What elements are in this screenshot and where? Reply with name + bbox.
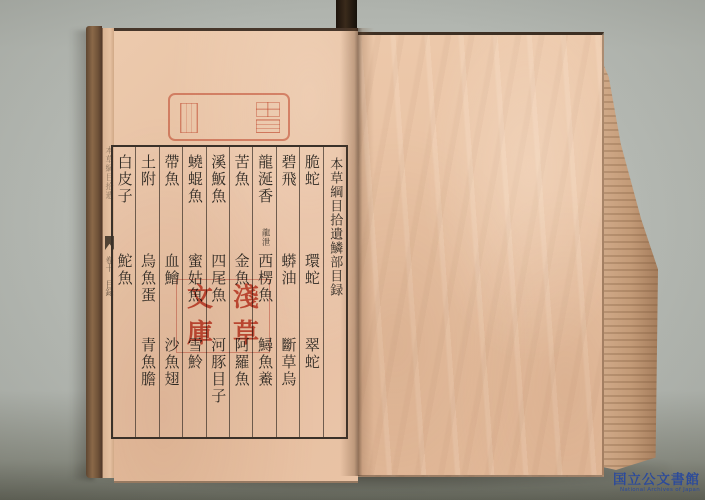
toc-column: 脆蛇 環蛇 翠蛇 — [299, 147, 322, 437]
toc-entry: 環蛇 — [304, 253, 319, 287]
right-page-blank — [358, 32, 604, 477]
watermark-japanese: 国立公文書館 — [613, 473, 700, 488]
toc-column: 白皮子 鮀魚 — [113, 147, 135, 437]
seal-char: 文 — [177, 280, 223, 316]
toc-entry: 苦魚 — [234, 154, 249, 188]
toc-entry-with-note: 龍涎香 龍泄 — [257, 154, 272, 247]
toc-entry: 蟯蜫魚 — [187, 154, 202, 205]
watermark-english: National Archives of Japan — [613, 487, 700, 494]
toc-column: 土附 烏魚蛋 青魚膽 — [135, 147, 158, 437]
toc-entry: 斷草烏 — [280, 337, 295, 388]
book-cover-edge — [86, 26, 102, 478]
toc-entry: 龍涎香 — [256, 154, 274, 205]
closed-page-stack-edge — [598, 52, 658, 470]
toc-entry: 蟒油 — [280, 253, 295, 287]
seal-char: 淺 — [223, 280, 269, 316]
asakusa-bunko-seal: 文 淺 庫 草 — [176, 279, 270, 353]
toc-entry: 碧飛 — [280, 154, 295, 188]
seal-glyph — [180, 103, 198, 133]
seal-glyph — [256, 102, 280, 117]
toc-entry-annotation: 龍泄 — [261, 228, 270, 247]
toc-entry: 溪魬魚 — [210, 154, 225, 205]
toc-entry: 烏魚蛋 — [140, 253, 155, 304]
toc-entry: 帶魚 — [163, 154, 178, 188]
seal-char: 庫 — [177, 316, 223, 352]
center-fold-shadow — [340, 28, 374, 476]
archive-seal-faint — [168, 93, 290, 141]
seal-char: 草 — [223, 316, 269, 352]
toc-entry: 鮀魚 — [117, 253, 132, 287]
toc-entry: 翠蛇 — [304, 337, 319, 371]
archive-watermark: 国立公文書館 National Archives of Japan — [613, 473, 700, 494]
toc-entry: 脆蛇 — [304, 154, 319, 188]
toc-column: 碧飛 蟒油 斷草烏 — [276, 147, 299, 437]
toc-entry: 青魚膽 — [140, 337, 155, 388]
toc-entry: 土附 — [140, 154, 155, 188]
toc-entry: 白皮子 — [117, 154, 132, 205]
seal-glyph — [256, 119, 280, 133]
